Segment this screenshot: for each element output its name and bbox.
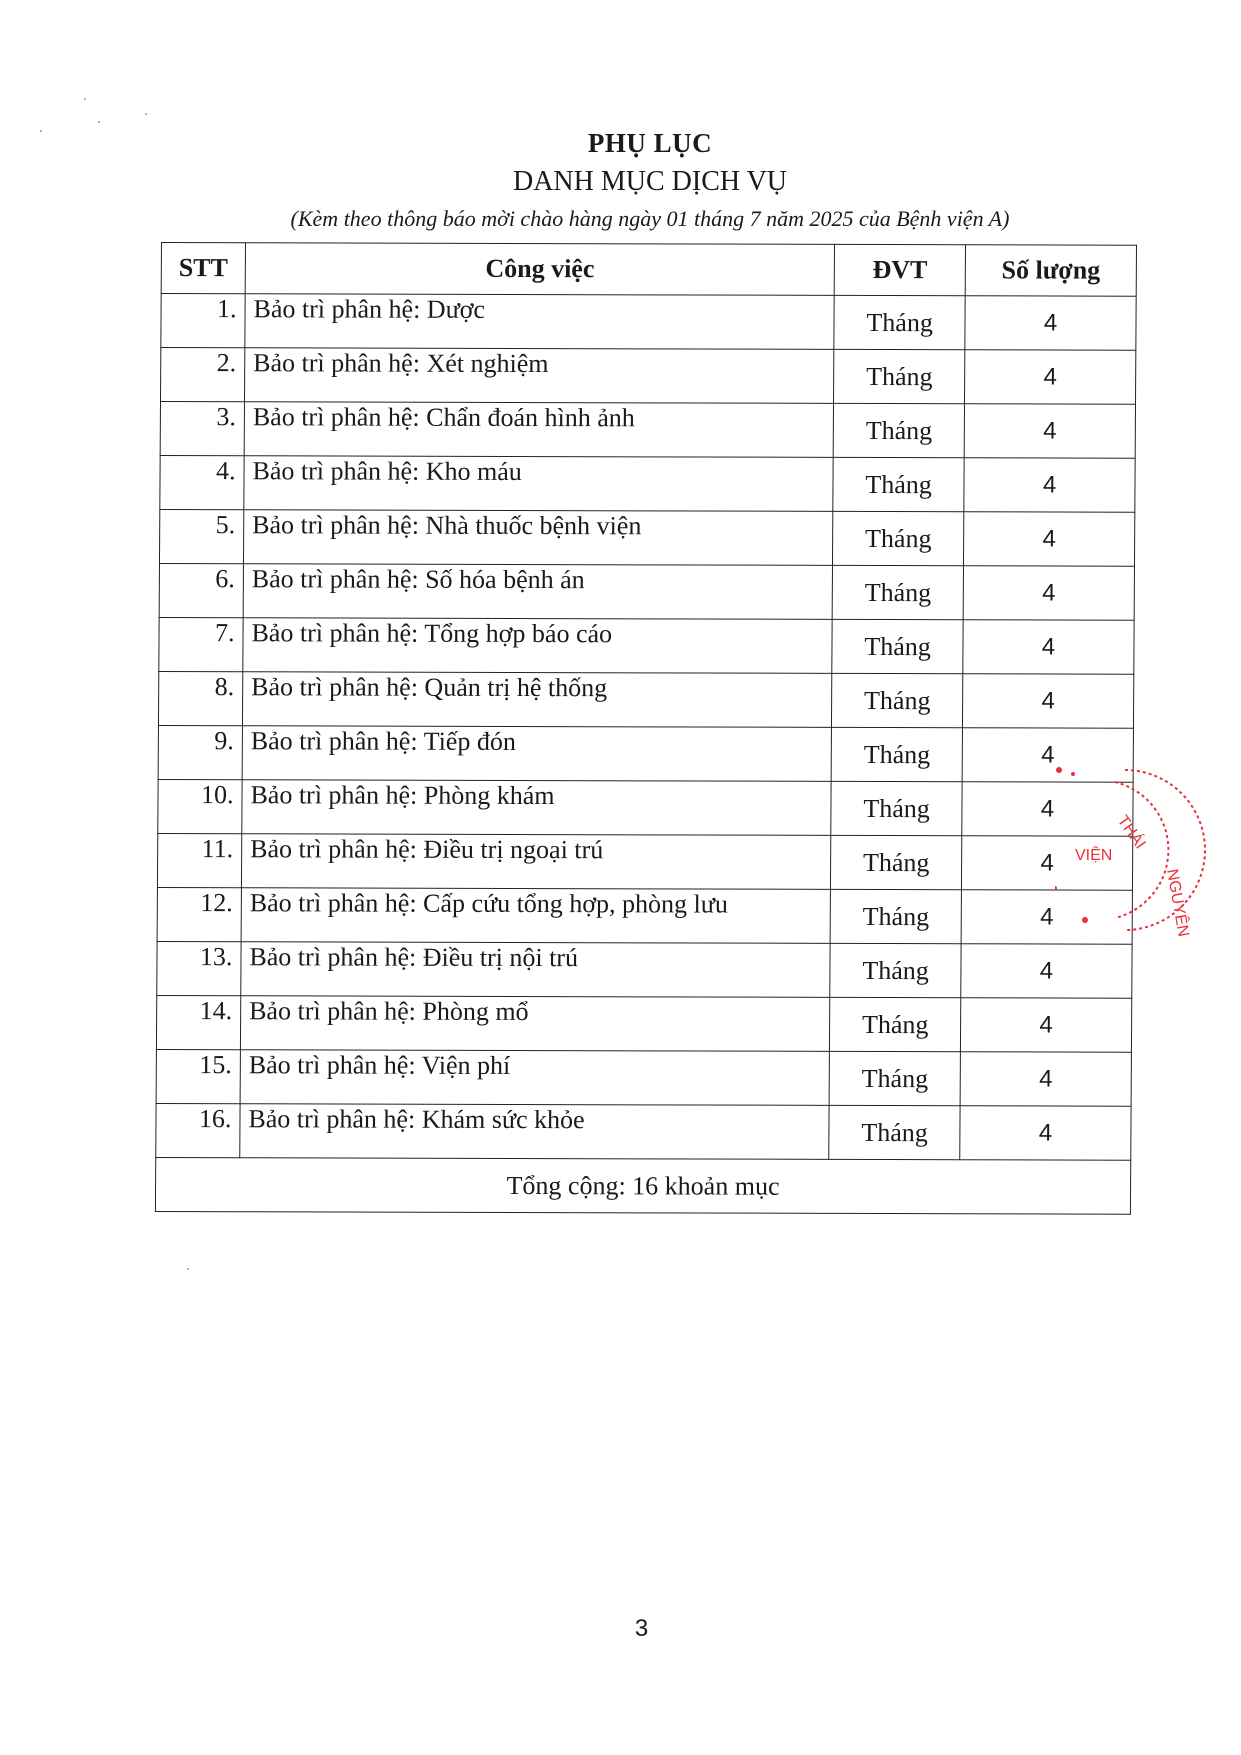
table-row: 3.Bảo trì phân hệ: Chẩn đoán hình ảnhThá… <box>160 401 1135 458</box>
table-row: 4.Bảo trì phân hệ: Kho máuTháng4 <box>160 455 1135 512</box>
cell-unit: Tháng <box>834 295 965 349</box>
total-cell: Tổng cộng: 16 khoản mục <box>155 1157 1130 1214</box>
cell-job: Bảo trì phân hệ: Điều trị ngoại trú <box>241 834 831 890</box>
table-row: 5.Bảo trì phân hệ: Nhà thuốc bệnh việnTh… <box>159 509 1134 566</box>
table-row: 7.Bảo trì phân hệ: Tổng hợp báo cáoTháng… <box>159 617 1134 674</box>
cell-unit: Tháng <box>831 835 962 889</box>
cell-job: Bảo trì phân hệ: Chẩn đoán hình ảnh <box>244 402 834 458</box>
cell-unit: Tháng <box>832 565 963 619</box>
cell-stt: 7. <box>159 617 243 671</box>
cell-qty: 4 <box>965 350 1136 404</box>
cell-job: Bảo trì phân hệ: Dược <box>245 294 835 350</box>
table-row: 13.Bảo trì phân hệ: Điều trị nội trúThán… <box>157 941 1132 998</box>
table-row: 2.Bảo trì phân hệ: Xét nghiệmTháng4 <box>160 347 1135 404</box>
cell-qty: 4 <box>962 836 1133 890</box>
cell-stt: 1. <box>161 294 245 348</box>
table-row: 6.Bảo trì phân hệ: Số hóa bệnh ánTháng4 <box>159 563 1134 620</box>
cell-unit: Tháng <box>833 511 964 565</box>
cell-stt: 11. <box>157 833 241 887</box>
cell-job: Bảo trì phân hệ: Tiếp đón <box>242 726 832 782</box>
cell-qty: 4 <box>965 296 1136 350</box>
cell-unit: Tháng <box>831 727 962 781</box>
page-number: 3 <box>0 1615 1241 1643</box>
table-row: 10.Bảo trì phân hệ: Phòng khámTháng4 <box>158 779 1133 836</box>
cell-unit: Tháng <box>834 349 965 403</box>
cell-qty: 4 <box>962 728 1133 782</box>
cell-stt: 5. <box>159 509 243 563</box>
cell-stt: 15. <box>156 1049 240 1103</box>
cell-stt: 3. <box>160 401 244 455</box>
table-row: 9.Bảo trì phân hệ: Tiếp đónTháng4 <box>158 725 1133 782</box>
cell-job: Bảo trì phân hệ: Xét nghiệm <box>244 348 834 404</box>
table-row: 15.Bảo trì phân hệ: Viện phíTháng4 <box>156 1049 1131 1106</box>
table-row: 1.Bảo trì phân hệ: DượcTháng4 <box>161 294 1136 351</box>
cell-job: Bảo trì phân hệ: Số hóa bệnh án <box>243 564 833 620</box>
cell-stt: 8. <box>158 671 242 725</box>
table-row: 12.Bảo trì phân hệ: Cấp cứu tổng hợp, ph… <box>157 887 1132 944</box>
cell-stt: 14. <box>156 995 240 1049</box>
table-row: 11.Bảo trì phân hệ: Điều trị ngoại trúTh… <box>157 833 1132 890</box>
cell-qty: 4 <box>964 512 1135 566</box>
cell-qty: 4 <box>961 998 1132 1052</box>
cell-unit: Tháng <box>833 457 964 511</box>
cell-job: Bảo trì phân hệ: Khám sức khỏe <box>240 1104 830 1160</box>
page-note: (Kèm theo thông báo mời chào hàng ngày 0… <box>0 206 1241 232</box>
header-stt: STT <box>161 243 245 294</box>
cell-job: Bảo trì phân hệ: Viện phí <box>240 1050 830 1106</box>
cell-qty: 4 <box>961 890 1132 944</box>
page-subtitle: DANH MỤC DỊCH VỤ <box>0 166 1241 198</box>
table-row: 8.Bảo trì phân hệ: Quản trị hệ thốngThán… <box>158 671 1133 728</box>
table-total-row: Tổng cộng: 16 khoản mục <box>155 1157 1130 1214</box>
header-job: Công việc <box>245 243 835 296</box>
cell-job: Bảo trì phân hệ: Quản trị hệ thống <box>242 672 832 728</box>
cell-stt: 16. <box>156 1103 240 1157</box>
cell-stt: 13. <box>157 941 241 995</box>
cell-qty: 4 <box>960 1106 1131 1160</box>
cell-qty: 4 <box>964 404 1135 458</box>
svg-text:NGUYÊN: NGUYÊN <box>1163 867 1194 938</box>
page-title: PHỤ LỤC <box>0 128 1241 159</box>
table-header-row: STT Công việc ĐVT Số lượng <box>161 243 1136 297</box>
cell-job: Bảo trì phân hệ: Cấp cứu tổng hợp, phòng… <box>241 888 831 944</box>
table-row: 16.Bảo trì phân hệ: Khám sức khỏeTháng4 <box>156 1103 1131 1160</box>
cell-stt: 12. <box>157 887 241 941</box>
cell-job: Bảo trì phân hệ: Nhà thuốc bệnh viện <box>243 510 833 566</box>
cell-stt: 2. <box>160 347 244 401</box>
cell-job: Bảo trì phân hệ: Phòng mổ <box>240 996 830 1052</box>
cell-qty: 4 <box>963 620 1134 674</box>
cell-unit: Tháng <box>831 781 962 835</box>
cell-qty: 4 <box>962 782 1133 836</box>
cell-qty: 4 <box>963 674 1134 728</box>
cell-unit: Tháng <box>830 889 961 943</box>
cell-unit: Tháng <box>829 1105 960 1159</box>
cell-stt: 6. <box>159 563 243 617</box>
cell-unit: Tháng <box>832 619 963 673</box>
cell-job: Bảo trì phân hệ: Kho máu <box>244 456 834 512</box>
cell-job: Bảo trì phân hệ: Phòng khám <box>242 780 832 836</box>
cell-unit: Tháng <box>830 997 961 1051</box>
cell-qty: 4 <box>960 1052 1131 1106</box>
cell-job: Bảo trì phân hệ: Điều trị nội trú <box>241 942 831 998</box>
header-qty: Số lượng <box>965 245 1136 296</box>
cell-qty: 4 <box>963 566 1134 620</box>
cell-job: Bảo trì phân hệ: Tổng hợp báo cáo <box>243 618 833 674</box>
services-table-container: STT Công việc ĐVT Số lượng 1.Bảo trì phâ… <box>155 242 1137 1215</box>
cell-qty: 4 <box>961 944 1132 998</box>
table-row: 14.Bảo trì phân hệ: Phòng mổTháng4 <box>156 995 1131 1052</box>
cell-unit: Tháng <box>832 673 963 727</box>
header-unit: ĐVT <box>834 244 965 295</box>
cell-stt: 10. <box>158 779 242 833</box>
cell-unit: Tháng <box>829 1051 960 1105</box>
cell-stt: 9. <box>158 725 242 779</box>
services-table: STT Công việc ĐVT Số lượng 1.Bảo trì phâ… <box>155 242 1137 1215</box>
cell-qty: 4 <box>964 458 1135 512</box>
cell-stt: 4. <box>160 455 244 509</box>
cell-unit: Tháng <box>833 403 964 457</box>
cell-unit: Tháng <box>830 943 961 997</box>
